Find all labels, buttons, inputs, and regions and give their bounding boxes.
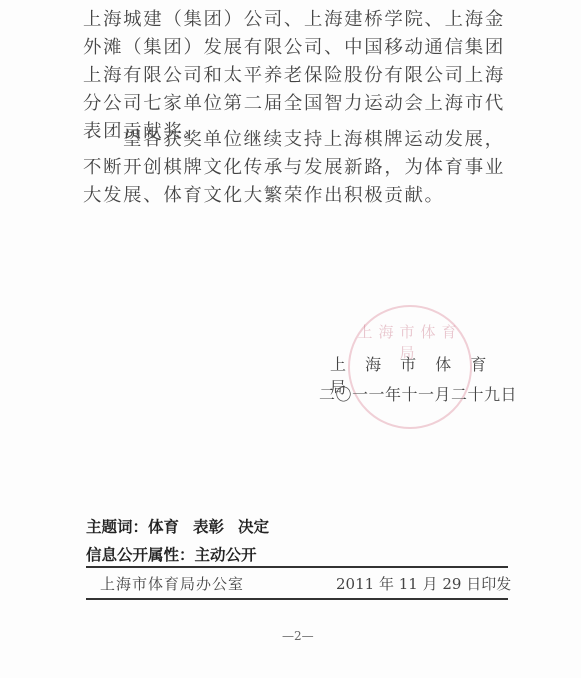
keywords-label: 主题词： — [86, 518, 148, 536]
paragraph-award-units: 上海城建（集团）公司、上海建桥学院、上海金外滩（集团）发展有限公司、中国移动通信… — [83, 6, 509, 146]
information-access-line: 信息公开属性：主动公开 — [86, 543, 257, 565]
keyword-item: 决定 — [238, 518, 269, 536]
document-page: 上海城建（集团）公司、上海建桥学院、上海金外滩（集团）发展有限公司、中国移动通信… — [0, 0, 581, 678]
page-number: —2— — [282, 629, 314, 643]
paragraph-closing-hope: 望各获奖单位继续支持上海棋牌运动发展，不断开创棋牌文化传承与发展新路，为体育事业… — [83, 126, 509, 210]
access-label: 信息公开属性： — [86, 546, 195, 564]
issuing-office: 上海市体育局办公室 — [100, 573, 244, 594]
keyword-item: 体育 — [148, 518, 179, 536]
keywords-line: 主题词：体育表彰决定 — [86, 515, 283, 537]
access-value: 主动公开 — [195, 546, 257, 564]
signature-date: 二〇一一年十一月二十九日 — [319, 382, 517, 405]
footer-rule-bottom — [86, 598, 508, 600]
issue-date: 2011 年 11 月 29 日印发 — [336, 573, 511, 594]
footer-rule-top — [86, 566, 508, 568]
keyword-item: 表彰 — [193, 518, 224, 536]
